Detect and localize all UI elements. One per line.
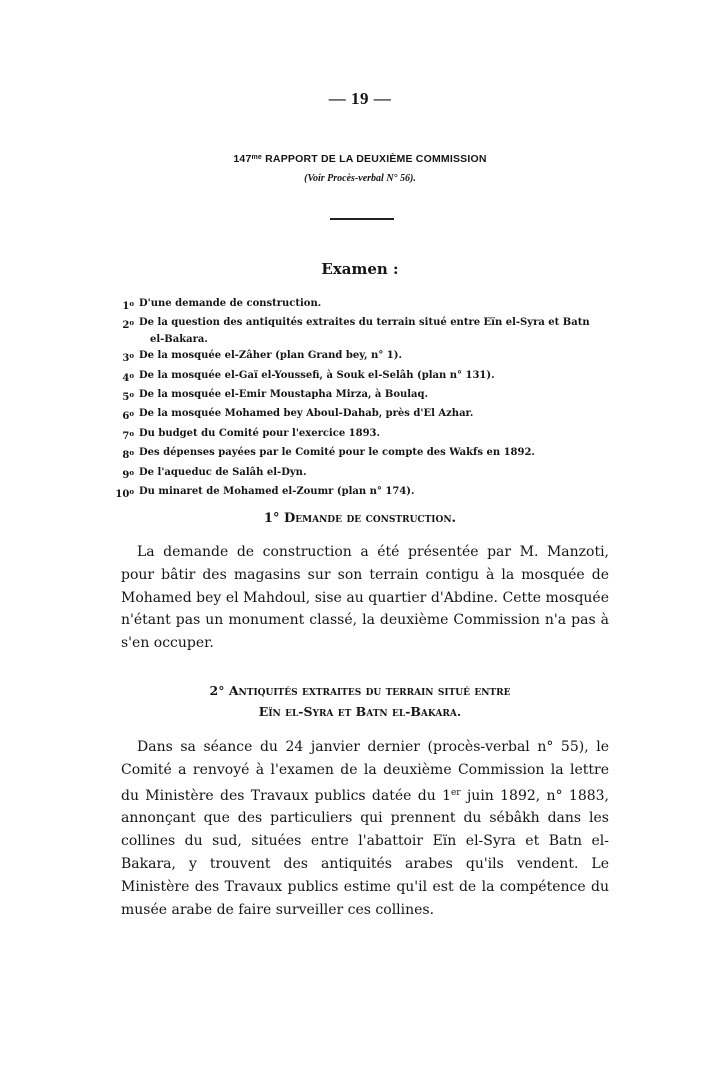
agenda-item-text: De la question des antiquités extraites … — [139, 315, 620, 348]
report-number-suffix: me — [252, 154, 263, 161]
examen-heading: Examen : — [0, 260, 720, 278]
agenda-item-text: De la mosquée Mohamed bey Aboul-Dahab, p… — [139, 406, 620, 425]
report-title: 147me RAPPORT DE LA DEUXIÈME COMMISSION — [0, 153, 720, 165]
section-1-paragraph-text: La demande de construction a été présent… — [121, 544, 609, 651]
section-1-title: Demande de construction. — [284, 511, 456, 526]
section-2-paragraph-part2: juin 1892, n° 1883, annonçant que des pa… — [121, 788, 609, 918]
agenda-item-number: 7o — [110, 426, 139, 445]
agenda-item-text: Des dépenses payées par le Comité pour l… — [139, 445, 620, 464]
agenda-item-text: De l'aqueduc de Salâh el-Dyn. — [139, 465, 620, 484]
agenda-item: 10oDu minaret de Mohamed el-Zoumr (plan … — [110, 484, 620, 503]
report-title-text: RAPPORT DE LA DEUXIÈME COMMISSION — [262, 153, 487, 165]
section-1-heading: 1° Demande de construction. — [0, 511, 720, 526]
agenda-item-continuation: el-Bakara. — [139, 332, 620, 348]
section-2-paragraph: Dans sa séance du 24 janvier dernier (pr… — [121, 736, 609, 921]
agenda-item: 9oDe l'aqueduc de Salâh el-Dyn. — [110, 465, 620, 484]
agenda-item: 6oDe la mosquée Mohamed bey Aboul-Dahab,… — [110, 406, 620, 425]
agenda-item-text: De la mosquée el-Gaï el-Youssefi, à Souk… — [139, 368, 620, 387]
agenda-item-text: Du budget du Comité pour l'exercice 1893… — [139, 426, 620, 445]
section-1-paragraph: La demande de construction a été présent… — [121, 541, 609, 655]
agenda-item-text: Du minaret de Mohamed el-Zoumr (plan n° … — [139, 484, 620, 503]
agenda-item-text: De la mosquée el-Emir Moustapha Mirza, à… — [139, 387, 620, 406]
agenda-list: 1oD'une demande de construction.2oDe la … — [110, 296, 620, 503]
agenda-item: 2oDe la question des antiquités extraite… — [110, 315, 620, 348]
agenda-item-number: 6o — [110, 406, 139, 425]
section-2-title-line2: Eïn el-Syra et Batn el-Bakara. — [259, 704, 461, 719]
agenda-item: 7oDu budget du Comité pour l'exercice 18… — [110, 426, 620, 445]
page-number: — 19 — — [0, 89, 720, 109]
agenda-item-number: 9o — [110, 465, 139, 484]
superscript-er: er — [451, 788, 461, 798]
agenda-item: 3oDe la mosquée el-Zâher (plan Grand bey… — [110, 348, 620, 367]
section-2-heading: 2° Antiquités extraites du terrain situé… — [0, 680, 720, 722]
section-2-title-line1: Antiquités extraites du terrain situé en… — [229, 683, 511, 698]
agenda-item-number: 2o — [110, 315, 139, 348]
agenda-item-number: 5o — [110, 387, 139, 406]
agenda-item-number: 4o — [110, 368, 139, 387]
agenda-item-number: 3o — [110, 348, 139, 367]
section-1-number: 1° — [264, 511, 280, 526]
agenda-item-number: 8o — [110, 445, 139, 464]
report-number: 147 — [233, 153, 251, 165]
report-reference: (Voir Procès-verbal N° 56). — [0, 173, 720, 184]
agenda-item-text: De la mosquée el-Zâher (plan Grand bey, … — [139, 348, 620, 367]
agenda-item-number: 10o — [110, 484, 139, 503]
agenda-item: 8oDes dépenses payées par le Comité pour… — [110, 445, 620, 464]
agenda-item: 5oDe la mosquée el-Emir Moustapha Mirza,… — [110, 387, 620, 406]
agenda-item-text: D'une demande de construction. — [139, 296, 620, 315]
agenda-item: 4oDe la mosquée el-Gaï el-Youssefi, à So… — [110, 368, 620, 387]
section-2-number: 2° — [210, 683, 225, 698]
agenda-item-number: 1o — [110, 296, 139, 315]
divider-rule — [330, 218, 394, 220]
agenda-item: 1oD'une demande de construction. — [110, 296, 620, 315]
